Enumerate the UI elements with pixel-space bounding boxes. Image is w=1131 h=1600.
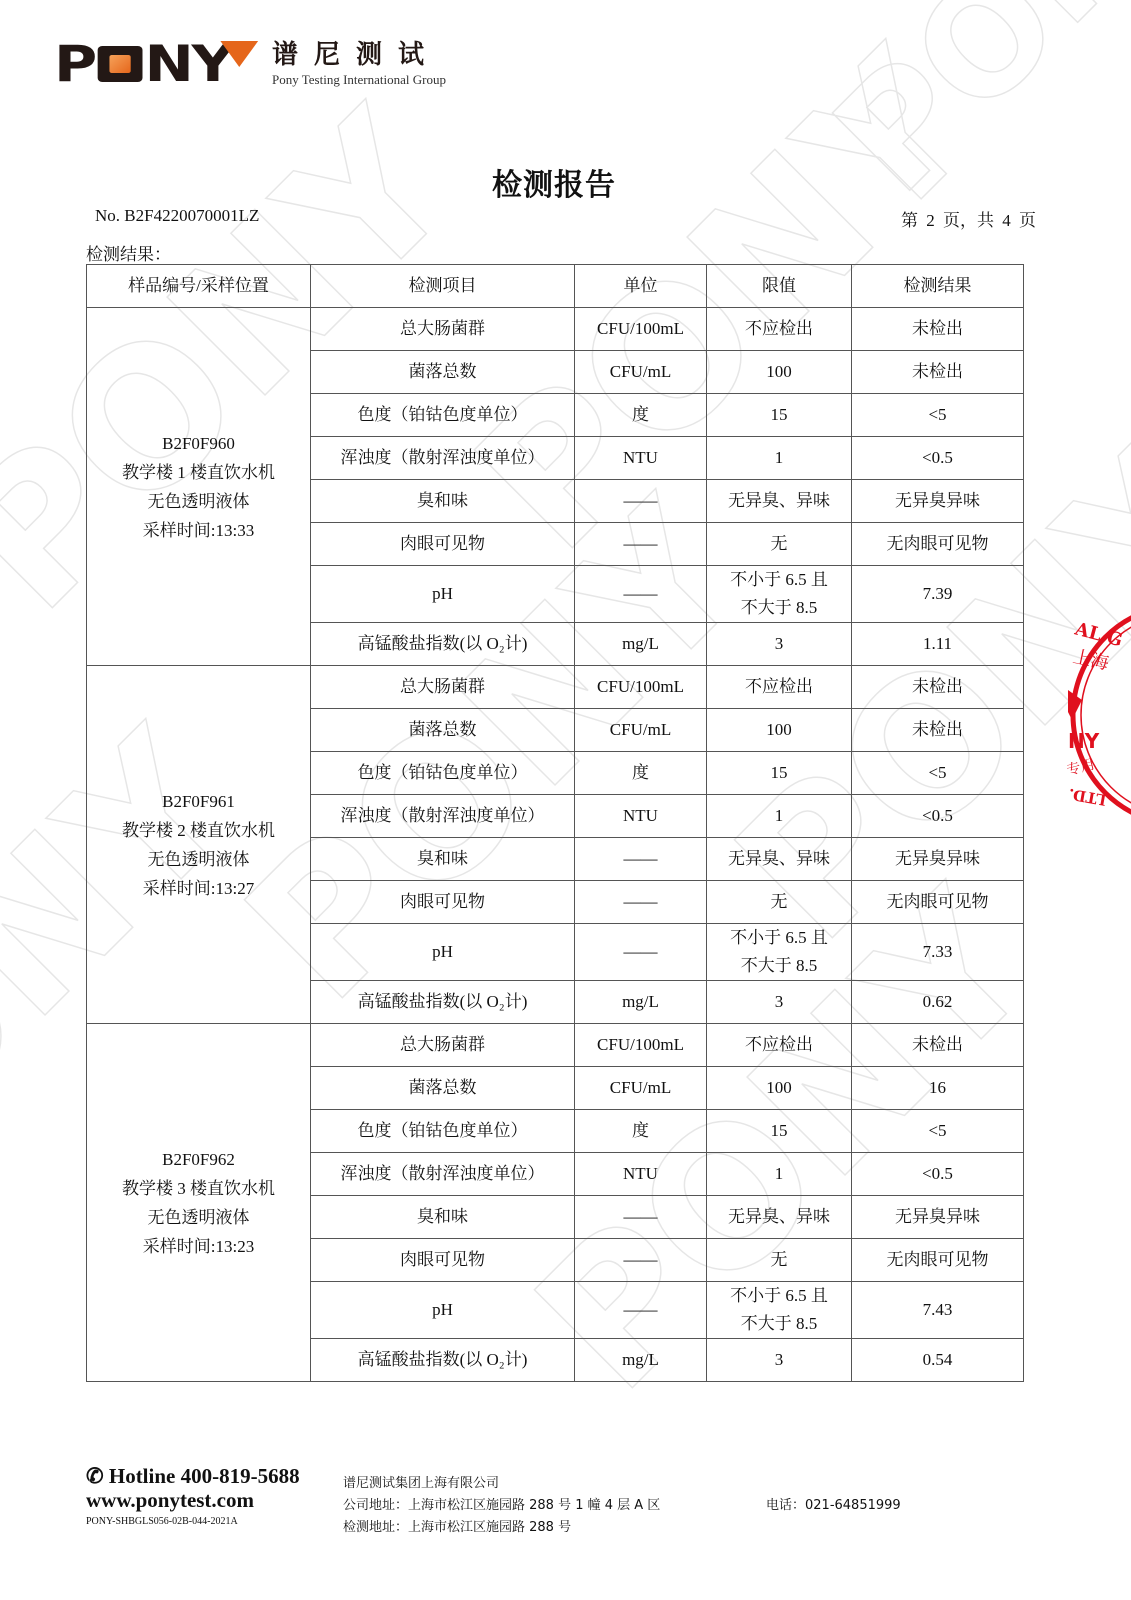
test-address: 检测地址：上海市松江区施园路 288 号: [343, 1516, 571, 1535]
unit-cell: ——: [575, 523, 707, 566]
unit-cell: mg/L: [575, 1339, 707, 1382]
table-row: B2F0F960教学楼 1 楼直饮水机无色透明液体采样时间:13:33总大肠菌群…: [87, 308, 1024, 351]
page-indicator: 第 2 页，共 4 页: [901, 206, 1036, 231]
unit-cell: CFU/mL: [575, 709, 707, 752]
unit-cell: CFU/100mL: [575, 308, 707, 351]
limit-line: 不大于 8.5: [707, 952, 851, 980]
unit-cell: CFU/100mL: [575, 666, 707, 709]
document-code: PONY-SHBGLS056-02B-044-2021A: [86, 1516, 238, 1527]
pony-logo: PNY: [54, 40, 227, 88]
limit-cell: 不应检出: [707, 308, 852, 351]
sample-time: 采样时间:13:23: [87, 1232, 310, 1261]
limit-line: 不大于 8.5: [707, 1310, 851, 1338]
limit-cell: 不小于 6.5 且不大于 8.5: [707, 1282, 852, 1339]
limit-cell: 15: [707, 394, 852, 437]
unit-cell: ——: [575, 566, 707, 623]
result-cell: 无肉眼可见物: [852, 1239, 1024, 1282]
unit-cell: ——: [575, 480, 707, 523]
logo-triangle-icon: [220, 41, 258, 67]
unit-cell: CFU/100mL: [575, 1024, 707, 1067]
limit-cell: 不应检出: [707, 1024, 852, 1067]
test-item-cell: 肉眼可见物: [311, 1239, 575, 1282]
result-cell: <5: [852, 752, 1024, 795]
sample-time: 采样时间:13:33: [87, 516, 310, 545]
company-phone: 电话：021-64851999: [766, 1494, 901, 1513]
unit-cell: NTU: [575, 437, 707, 480]
limit-cell: 不小于 6.5 且不大于 8.5: [707, 566, 852, 623]
header-result: 检测结果: [852, 265, 1024, 308]
limit-line: 不小于 6.5 且: [707, 924, 851, 952]
table-row: B2F0F962教学楼 3 楼直饮水机无色透明液体采样时间:13:23总大肠菌群…: [87, 1024, 1024, 1067]
unit-cell: ——: [575, 924, 707, 981]
result-cell: 未检出: [852, 666, 1024, 709]
result-cell: 16: [852, 1067, 1024, 1110]
test-item-cell: 色度（铂钴色度单位）: [311, 752, 575, 795]
test-item-cell: 高锰酸盐指数(以 O₂计): [311, 1339, 575, 1382]
sample-appearance: 无色透明液体: [87, 1203, 310, 1232]
result-cell: 未检出: [852, 709, 1024, 752]
test-item-cell: pH: [311, 924, 575, 981]
result-cell: <0.5: [852, 1153, 1024, 1196]
limit-cell: 100: [707, 351, 852, 394]
test-item-cell: 菌落总数: [311, 1067, 575, 1110]
result-cell: 未检出: [852, 308, 1024, 351]
section-label: 检测结果：: [86, 240, 171, 265]
sample-id: B2F0F960: [87, 429, 310, 458]
result-cell: 7.43: [852, 1282, 1024, 1339]
result-cell: 未检出: [852, 1024, 1024, 1067]
sample-id: B2F0F961: [87, 787, 310, 816]
limit-cell: 无异臭、异味: [707, 1196, 852, 1239]
limit-cell: 无异臭、异味: [707, 838, 852, 881]
document-title: 检测报告: [0, 160, 1108, 204]
header-unit: 单位: [575, 265, 707, 308]
limit-cell: 无: [707, 1239, 852, 1282]
unit-cell: mg/L: [575, 623, 707, 666]
unit-cell: CFU/mL: [575, 351, 707, 394]
limit-cell: 3: [707, 981, 852, 1024]
test-item-cell: 高锰酸盐指数(以 O₂计): [311, 623, 575, 666]
sample-appearance: 无色透明液体: [87, 845, 310, 874]
test-item-cell: 菌落总数: [311, 351, 575, 394]
header-item: 检测项目: [311, 265, 575, 308]
result-cell: 7.33: [852, 924, 1024, 981]
limit-cell: 1: [707, 437, 852, 480]
test-item-cell: 臭和味: [311, 480, 575, 523]
limit-cell: 不应检出: [707, 666, 852, 709]
company-address: 公司地址：上海市松江区施园路 288 号 1 幢 4 层 A 区: [343, 1494, 660, 1513]
result-cell: 7.39: [852, 566, 1024, 623]
table-row: B2F0F961教学楼 2 楼直饮水机无色透明液体采样时间:13:27总大肠菌群…: [87, 666, 1024, 709]
result-cell: 无异臭异味: [852, 480, 1024, 523]
limit-cell: 100: [707, 709, 852, 752]
sample-id: B2F0F962: [87, 1145, 310, 1174]
test-item-cell: 色度（铂钴色度单位）: [311, 394, 575, 437]
limit-cell: 15: [707, 1110, 852, 1153]
unit-cell: ——: [575, 1282, 707, 1339]
result-cell: <5: [852, 1110, 1024, 1153]
sample-location: 教学楼 1 楼直饮水机: [87, 458, 310, 487]
hotline: ✆ Hotline 400-819-5688: [86, 1464, 300, 1489]
phone-icon: ✆: [86, 1464, 104, 1488]
sample-info-cell: B2F0F961教学楼 2 楼直饮水机无色透明液体采样时间:13:27: [87, 666, 311, 1024]
test-item-cell: 菌落总数: [311, 709, 575, 752]
limit-line: 不大于 8.5: [707, 594, 851, 622]
test-item-cell: 高锰酸盐指数(以 O₂计): [311, 981, 575, 1024]
report-page: PNY 谱尼测试 Pony Testing International Grou…: [0, 0, 1131, 1600]
result-cell: 0.54: [852, 1339, 1024, 1382]
website-link[interactable]: www.ponytest.com: [86, 1488, 254, 1513]
limit-cell: 不小于 6.5 且不大于 8.5: [707, 924, 852, 981]
limit-cell: 1: [707, 1153, 852, 1196]
unit-cell: ——: [575, 838, 707, 881]
result-cell: 无异臭异味: [852, 838, 1024, 881]
limit-cell: 3: [707, 1339, 852, 1382]
unit-cell: ——: [575, 1239, 707, 1282]
header-limit: 限值: [707, 265, 852, 308]
result-cell: 0.62: [852, 981, 1024, 1024]
company-name: 谱尼测试集团上海有限公司: [343, 1472, 499, 1491]
test-item-cell: pH: [311, 1282, 575, 1339]
unit-cell: ——: [575, 1196, 707, 1239]
limit-cell: 15: [707, 752, 852, 795]
test-item-cell: 总大肠菌群: [311, 308, 575, 351]
logo-text-block: 谱尼测试 Pony Testing International Group: [272, 40, 446, 88]
test-item-cell: 肉眼可见物: [311, 523, 575, 566]
sample-info-cell: B2F0F962教学楼 3 楼直饮水机无色透明液体采样时间:13:23: [87, 1024, 311, 1382]
result-cell: <0.5: [852, 795, 1024, 838]
limit-line: 不小于 6.5 且: [707, 566, 851, 594]
svg-text:NY: NY: [1068, 729, 1100, 753]
limit-cell: 无: [707, 881, 852, 924]
unit-cell: ——: [575, 881, 707, 924]
limit-cell: 无异臭、异味: [707, 480, 852, 523]
result-cell: 未检出: [852, 351, 1024, 394]
logo-o-square-icon: [97, 46, 142, 82]
test-item-cell: 臭和味: [311, 1196, 575, 1239]
test-item-cell: 臭和味: [311, 838, 575, 881]
test-item-cell: 肉眼可见物: [311, 881, 575, 924]
unit-cell: NTU: [575, 1153, 707, 1196]
limit-cell: 100: [707, 1067, 852, 1110]
logo-wordmark: PNY: [54, 40, 258, 88]
test-item-cell: 浑浊度（散射浑浊度单位）: [311, 795, 575, 838]
results-table: 样品编号/采样位置 检测项目 单位 限值 检测结果 B2F0F960教学楼 1 …: [86, 264, 1024, 1382]
sample-info-cell: B2F0F960教学楼 1 楼直饮水机无色透明液体采样时间:13:33: [87, 308, 311, 666]
table-header-row: 样品编号/采样位置 检测项目 单位 限值 检测结果: [87, 265, 1024, 308]
test-item-cell: 浑浊度（散射浑浊度单位）: [311, 437, 575, 480]
limit-cell: 3: [707, 623, 852, 666]
unit-cell: NTU: [575, 795, 707, 838]
test-item-cell: pH: [311, 566, 575, 623]
limit-cell: 1: [707, 795, 852, 838]
limit-cell: 无: [707, 523, 852, 566]
logo-chinese-name: 谱尼测试: [272, 40, 446, 70]
result-cell: <0.5: [852, 437, 1024, 480]
unit-cell: CFU/mL: [575, 1067, 707, 1110]
sample-location: 教学楼 2 楼直饮水机: [87, 816, 310, 845]
result-cell: 无异臭异味: [852, 1196, 1024, 1239]
result-cell: 无肉眼可见物: [852, 523, 1024, 566]
official-stamp: AL G 上海 NY 专用 LTD.: [1068, 600, 1131, 830]
sample-appearance: 无色透明液体: [87, 487, 310, 516]
unit-cell: 度: [575, 1110, 707, 1153]
test-item-cell: 总大肠菌群: [311, 1024, 575, 1067]
unit-cell: 度: [575, 752, 707, 795]
limit-line: 不小于 6.5 且: [707, 1282, 851, 1310]
header-sample: 样品编号/采样位置: [87, 265, 311, 308]
test-item-cell: 浑浊度（散射浑浊度单位）: [311, 1153, 575, 1196]
sample-location: 教学楼 3 楼直饮水机: [87, 1174, 310, 1203]
result-cell: 1.11: [852, 623, 1024, 666]
result-cell: 无肉眼可见物: [852, 881, 1024, 924]
unit-cell: mg/L: [575, 981, 707, 1024]
sample-time: 采样时间:13:27: [87, 874, 310, 903]
result-cell: <5: [852, 394, 1024, 437]
logo-english-name: Pony Testing International Group: [272, 72, 446, 88]
unit-cell: 度: [575, 394, 707, 437]
test-item-cell: 色度（铂钴色度单位）: [311, 1110, 575, 1153]
test-item-cell: 总大肠菌群: [311, 666, 575, 709]
report-number: No. B2F4220070001LZ: [95, 206, 259, 226]
